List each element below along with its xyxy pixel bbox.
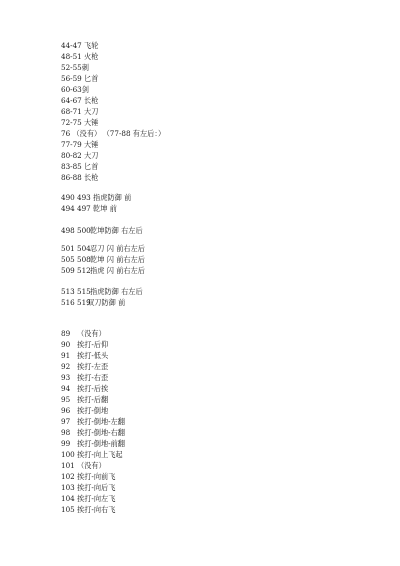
- range: 77-79: [61, 140, 82, 149]
- range: 513 515: [61, 287, 91, 296]
- weapon-line: 86-88 长枪: [61, 173, 98, 182]
- range: 86-88: [61, 173, 82, 182]
- hit-fly-line: 101 （没有）: [61, 461, 106, 470]
- label: 挨打-倒地-左翻: [77, 417, 125, 426]
- label: 大锤: [84, 140, 98, 149]
- label: 挨打-左歪: [77, 362, 108, 371]
- direction: 前: [110, 204, 117, 213]
- defense-line: 516 519双刀防御 前: [61, 298, 91, 307]
- range: 48-51: [61, 52, 82, 61]
- label: 挨打-倒地-前翻: [77, 439, 125, 448]
- weapon-line: 77-79 大锤: [61, 140, 98, 149]
- range: 94: [61, 384, 70, 393]
- weapon-line: 60-63剑: [61, 85, 89, 94]
- weapon-line: 56-59 匕首: [61, 74, 98, 83]
- hit-line: 99挨打-倒地-前翻: [61, 439, 70, 448]
- range: 101: [61, 461, 75, 470]
- range: 95: [61, 395, 70, 404]
- label-group: 指虎 闪 前右左后: [90, 266, 145, 275]
- defense-line: 490 493 指虎防御 前: [61, 193, 131, 202]
- hit-line: 97挨打-倒地-左翻: [61, 417, 70, 426]
- label-group: 双刀防御 前: [87, 298, 125, 307]
- range: 90: [61, 340, 70, 349]
- hit-line: 95挨打-后翻: [61, 395, 70, 404]
- direction: 右左后: [121, 226, 143, 235]
- hit-fly-line: 102 挨打-向前飞: [61, 472, 115, 481]
- hit-line: 92挨打-左歪: [61, 362, 70, 371]
- label-group: 忍刀 闪 前右左后: [90, 244, 145, 253]
- hit-line: 93挨打-右歪: [61, 373, 70, 382]
- direction: 前右左后: [116, 266, 145, 275]
- range: 97: [61, 417, 70, 426]
- direction: 右左后: [121, 287, 143, 296]
- dodge-line: 509 512指虎 闪 前右左后: [61, 266, 91, 275]
- range: 93: [61, 373, 70, 382]
- label: 长枪: [84, 173, 98, 182]
- hit-line: 89（没有）: [61, 329, 70, 338]
- label: 刺: [82, 63, 89, 72]
- range: 494 497: [61, 204, 91, 213]
- range: 83-85: [61, 162, 82, 171]
- note: （77-88 有左后：）: [106, 129, 165, 138]
- label: 乾坤: [93, 204, 107, 213]
- range: 56-59: [61, 74, 82, 83]
- label: 指虎防御: [90, 287, 119, 296]
- label: 挨打-向前飞: [77, 472, 115, 481]
- range: 102: [61, 472, 75, 481]
- weapon-line: 72-75 大锤: [61, 118, 98, 127]
- label: 大刀: [84, 151, 98, 160]
- label: 挨打-后仰: [77, 340, 108, 349]
- weapon-line: 64-67 长枪: [61, 96, 98, 105]
- label: 挨打-右歪: [77, 373, 108, 382]
- dodge-line: 505 508乾坤 闪 前右左后: [61, 255, 91, 264]
- hit-fly-line: 104 挨打-向左飞: [61, 494, 115, 503]
- weapon-line: 76 （没有）（77-88 有左后：）: [61, 129, 165, 138]
- direction: 前: [124, 193, 131, 202]
- hit-fly-line: 105 挨打-向右飞: [61, 505, 115, 514]
- action: 闪: [107, 266, 114, 275]
- label: 挨打-向后飞: [77, 483, 115, 492]
- range: 76: [61, 129, 70, 138]
- range: 92: [61, 362, 70, 371]
- weapon-line: 80-82 大刀: [61, 151, 98, 160]
- label: 乾坤: [90, 255, 104, 264]
- direction: 前: [118, 298, 125, 307]
- label: 挨打-向右飞: [77, 505, 115, 514]
- range: 498 500: [61, 226, 91, 235]
- direction: 前右左后: [116, 255, 145, 264]
- range: 100: [61, 450, 75, 459]
- label: 火枪: [84, 52, 98, 61]
- range: 509 512: [61, 266, 91, 275]
- label: 大刀: [84, 107, 98, 116]
- label: 乾坤防御: [90, 226, 119, 235]
- range: 89: [61, 329, 70, 338]
- label: 剑: [82, 85, 89, 94]
- range: 501 504: [61, 244, 91, 253]
- action: 闪: [107, 255, 114, 264]
- label-group: 乾坤防御 右左后: [90, 226, 143, 235]
- range: 99: [61, 439, 70, 448]
- defense-line: 494 497 乾坤 前: [61, 204, 117, 213]
- action: 闪: [107, 244, 114, 253]
- hit-fly-line: 100 挨打-向上飞起: [61, 450, 123, 459]
- defense-line: 498 500乾坤防御 右左后: [61, 226, 91, 235]
- weapon-line: 52-55刺: [61, 63, 89, 72]
- label: 长枪: [84, 96, 98, 105]
- label: （没有）: [77, 461, 106, 470]
- hit-fly-line: 103 挨打-向后飞: [61, 483, 115, 492]
- label: 双刀防御: [87, 298, 116, 307]
- range: 105: [61, 505, 75, 514]
- weapon-line: 83-85 匕首: [61, 162, 98, 171]
- defense-line: 513 515指虎防御 右左后: [61, 287, 91, 296]
- dodge-line: 501 504忍刀 闪 前右左后: [61, 244, 91, 253]
- weapon-line: 48-51 火枪: [61, 52, 98, 61]
- label: 挨打-倒地: [77, 406, 108, 415]
- label: 挨打-低头: [77, 351, 108, 360]
- range: 96: [61, 406, 70, 415]
- label: 指虎: [90, 266, 104, 275]
- label: 忍刀: [90, 244, 104, 253]
- label: 挨打-向左飞: [77, 494, 115, 503]
- range: 64-67: [61, 96, 82, 105]
- hit-line: 90挨打-后仰: [61, 340, 70, 349]
- weapon-line: 68-71 大刀: [61, 107, 98, 116]
- label: 匕首: [84, 162, 98, 171]
- hit-line: 98挨打-倒地-右翻: [61, 428, 70, 437]
- hit-line: 96挨打-倒地: [61, 406, 70, 415]
- label-group: 指虎防御 右左后: [90, 287, 143, 296]
- hit-line: 91挨打-低头: [61, 351, 70, 360]
- label: （没有）: [77, 329, 106, 338]
- document-page: 44-47 飞轮 48-51 火枪 52-55刺 56-59 匕首 60-63剑…: [0, 0, 400, 566]
- range: 52-55: [61, 63, 82, 72]
- label: 挨打-倒地-右翻: [77, 428, 125, 437]
- weapon-line: 44-47 飞轮: [61, 41, 98, 50]
- direction: 前右左后: [116, 244, 145, 253]
- range: 80-82: [61, 151, 82, 160]
- range: 98: [61, 428, 70, 437]
- range: 91: [61, 351, 70, 360]
- hit-line: 94挨打-后挨: [61, 384, 70, 393]
- range: 104: [61, 494, 75, 503]
- label: （没有）: [72, 129, 101, 138]
- range: 72-75: [61, 118, 82, 127]
- label: 挨打-后翻: [77, 395, 108, 404]
- range: 44-47: [61, 41, 82, 50]
- label: 飞轮: [84, 41, 98, 50]
- label: 挨打-向上飞起: [77, 450, 123, 459]
- label: 指虎防御: [93, 193, 122, 202]
- range: 103: [61, 483, 75, 492]
- range: 490 493: [61, 193, 91, 202]
- range: 68-71: [61, 107, 82, 116]
- range: 60-63: [61, 85, 82, 94]
- label: 匕首: [84, 74, 98, 83]
- label: 挨打-后挨: [77, 384, 108, 393]
- range: 505 508: [61, 255, 91, 264]
- label-group: 乾坤 闪 前右左后: [90, 255, 145, 264]
- label: 大锤: [84, 118, 98, 127]
